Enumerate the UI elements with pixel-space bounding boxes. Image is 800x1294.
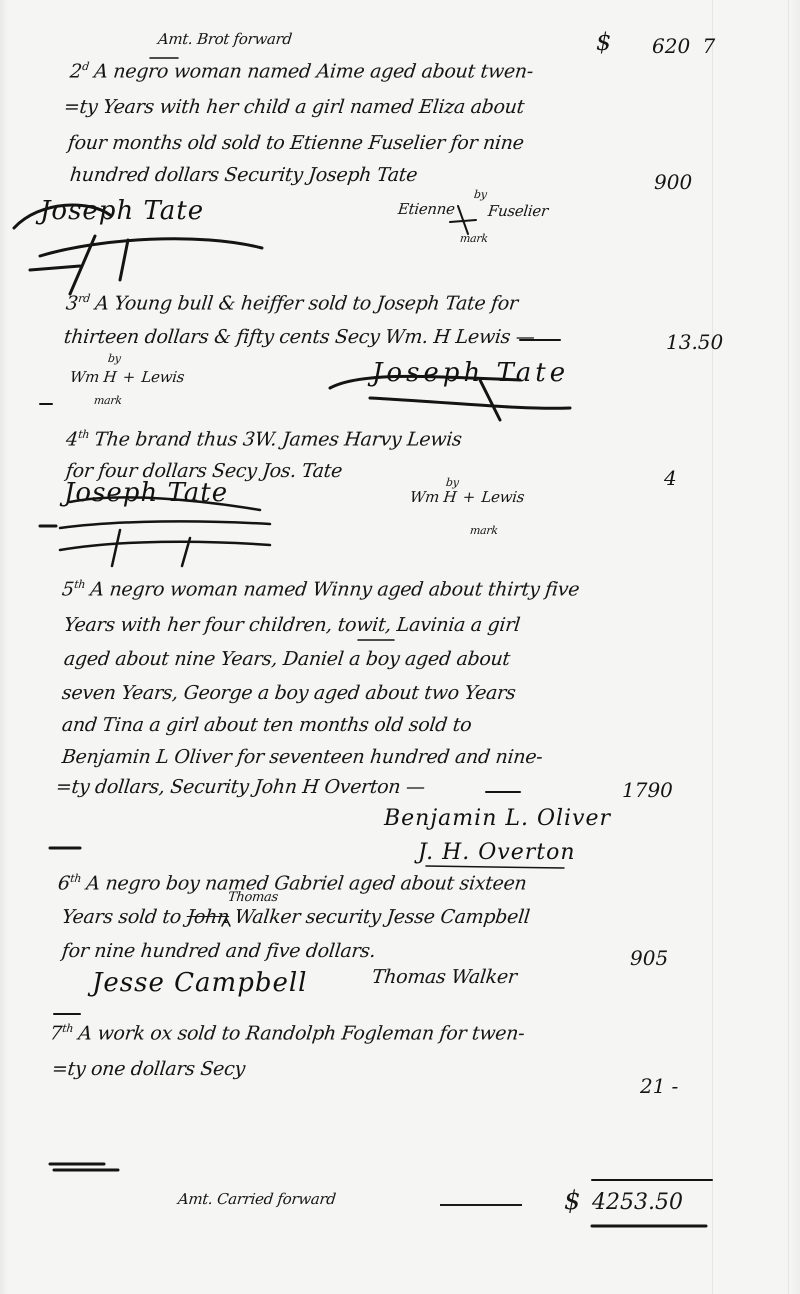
entry-2-line-4: hundred dollars Security Joseph Tate: [69, 164, 418, 186]
entry-5-line-7: =ty dollars, Security John H Overton —: [55, 776, 426, 798]
signature-by: by: [473, 188, 487, 201]
entry-6-amount: 905: [630, 946, 668, 970]
leader-dash: [440, 1204, 522, 1206]
page-fold-line: [712, 0, 713, 1294]
entry-2-line-2: =ty Years with her child a girl named El…: [63, 96, 525, 118]
entry-6-line-2: Years sold to John Walker security Jesse…: [61, 906, 531, 928]
entry-7-line-1: 7th A work ox sold to Randolph Fogleman …: [49, 1022, 526, 1044]
inserted-word: Thomas: [227, 890, 278, 905]
entry-5-line-4: seven Years, George a boy aged about two…: [61, 682, 517, 704]
entry-5-amount: 1790: [622, 778, 673, 802]
entry-6-line-3: for nine hundred and five dollars.: [61, 940, 377, 962]
signature-jh-overton: J. H. Overton: [418, 840, 576, 865]
entry-7-line-2: =ty one dollars Secy: [51, 1058, 246, 1080]
signature-mark: mark: [459, 232, 488, 245]
ledger-page: Amt. Brot forward $ 620 7 2d A negro wom…: [0, 0, 800, 1294]
signature-joseph-tate: Joseph Tate: [40, 196, 204, 226]
brought-forward-amount: 620 7: [652, 34, 715, 58]
entry-5-line-6: Benjamin L Oliver for seventeen hundred …: [61, 746, 544, 768]
signature-joseph-tate: Joseph Tate: [372, 358, 569, 388]
entry-5-line-5: and Tina a girl about ten months old sol…: [61, 714, 473, 736]
entry-3-line-2: thirteen dollars & fifty cents Secy Wm. …: [63, 326, 536, 348]
total-amount: 4253.50: [592, 1190, 683, 1215]
ink-flourishes: [0, 0, 800, 1294]
entry-5-line-3: aged about nine Years, Daniel a boy aged…: [63, 648, 511, 670]
entry-4-line-1: 4th The brand thus 3W. James Harvy Lewis: [65, 428, 463, 450]
signature-thomas-walker: Thomas Walker: [371, 966, 518, 988]
signature-mark: mark: [469, 524, 498, 537]
signature-etienne: Etienne: [397, 200, 456, 218]
signature-mark: mark: [93, 394, 122, 407]
brought-forward-label: Amt. Brot forward: [157, 30, 293, 48]
signature-joseph-tate: Joseph Tate: [64, 478, 228, 508]
signature-fuselier: Fuselier: [487, 202, 549, 220]
signature-wm-lewis: Wm H + Lewis: [69, 368, 185, 386]
entry-4-amount: 4: [664, 466, 677, 490]
entry-6-line-1: 6th A negro boy named Gabriel aged about…: [57, 872, 528, 894]
currency-symbol-total: $: [564, 1186, 581, 1216]
entry-2-line-3: four months old sold to Etienne Fuselier…: [67, 132, 525, 154]
entry-3-line-1: 3rd A Young bull & heiffer sold to Josep…: [65, 292, 519, 314]
currency-symbol-top: $: [596, 28, 611, 56]
entry-7-amount: 21-: [640, 1074, 678, 1098]
entry-2-line-1: 2d A negro woman named Aime aged about t…: [69, 60, 534, 82]
entry-5-line-2: Years with her four children, towit, Lav…: [63, 614, 521, 636]
signature-wm-lewis: Wm H + Lewis: [409, 488, 525, 506]
signature-by: by: [445, 476, 459, 489]
carried-forward-label: Amt. Carried forward: [177, 1190, 337, 1208]
signature-by: by: [107, 352, 121, 365]
entry-3-amount: 13.50: [666, 330, 723, 354]
signature-jesse-campbell: Jesse Campbell: [92, 968, 308, 998]
entry-2-amount: 900: [654, 170, 692, 194]
struck-word: John: [186, 906, 231, 928]
page-edge-line: [788, 0, 789, 1294]
entry-5-line-1: 5th A negro woman named Winny aged about…: [61, 578, 581, 600]
signature-benjamin-oliver: Benjamin L. Oliver: [384, 806, 611, 831]
